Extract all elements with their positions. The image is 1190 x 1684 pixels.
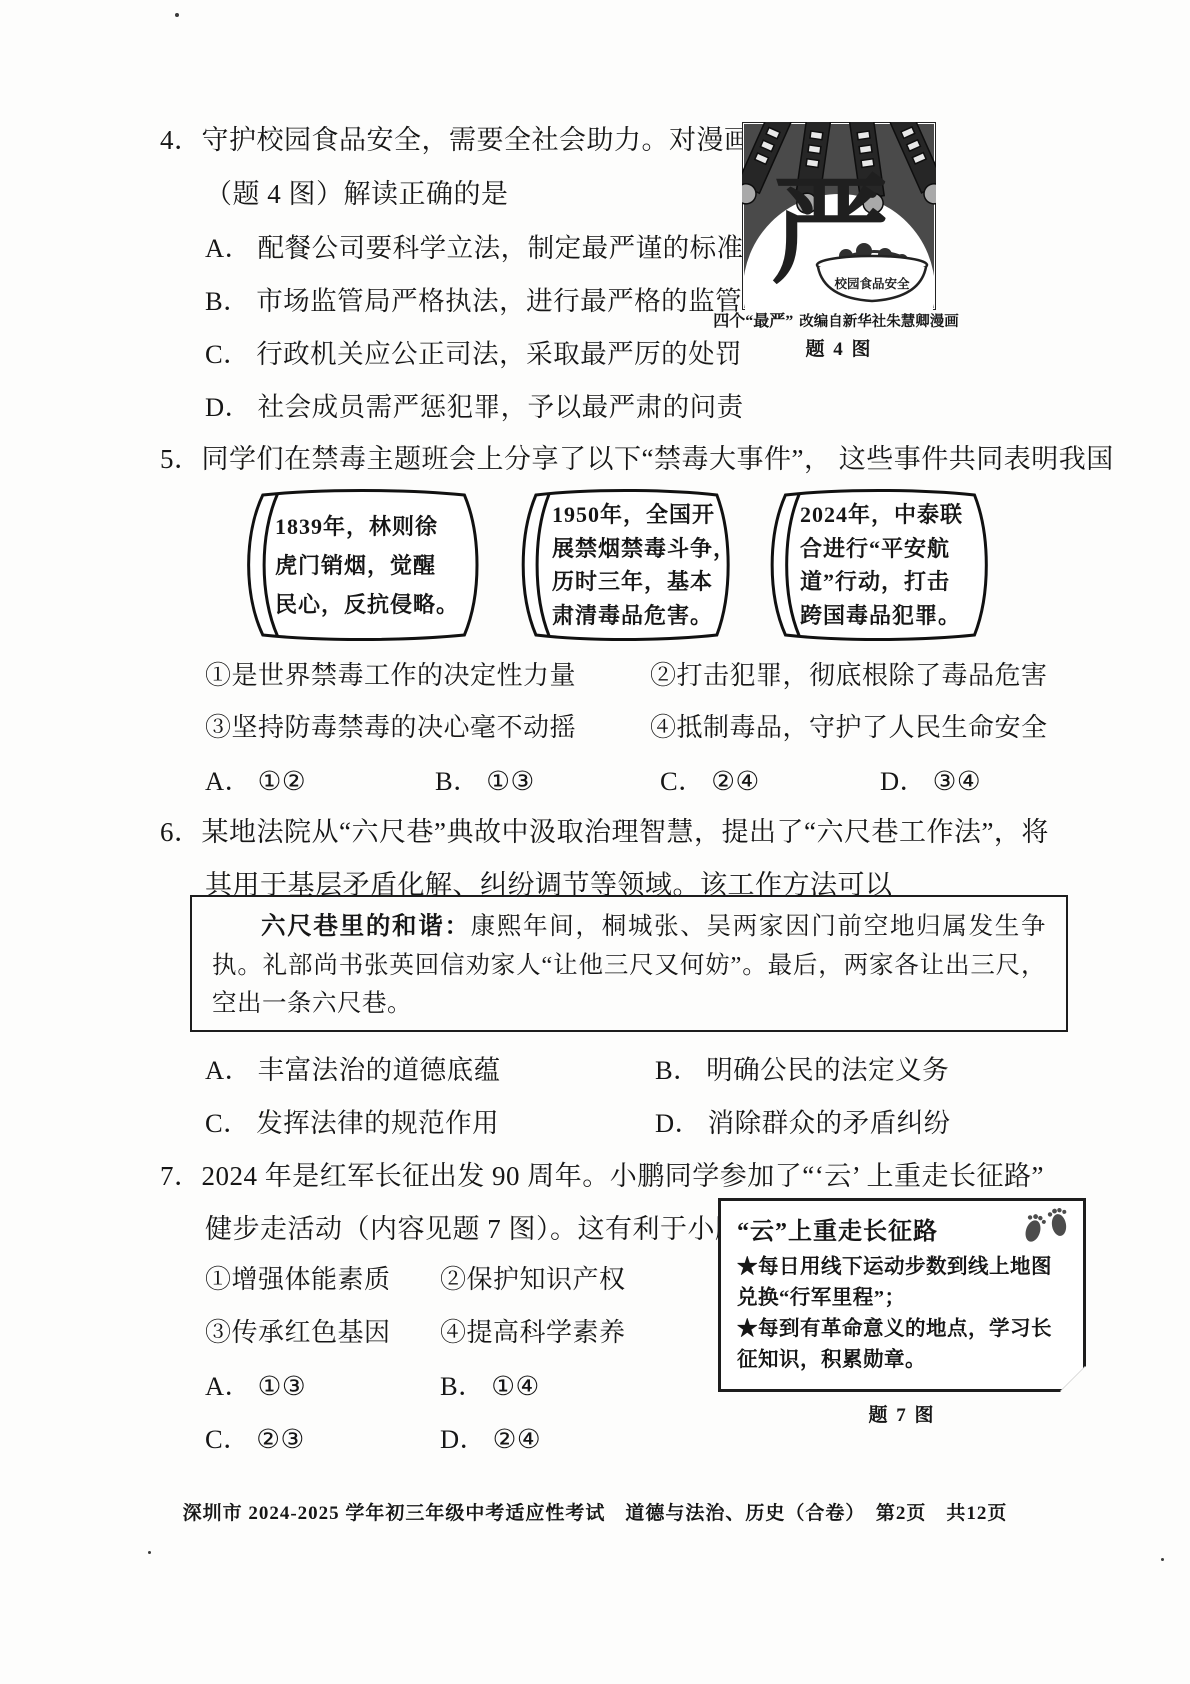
q7-note-bullet-1: ★每日用线下运动步数到线上地图兑换“行军里程”；	[737, 1252, 1069, 1314]
q4-caption-rest: 改编自新华社朱慧卿漫画	[799, 314, 959, 330]
q6-stem-text1: 某地法院从“六尺巷”典故中汲取治理智慧，提出了“六尺巷工作法”，将	[202, 817, 1049, 847]
q6-option-d-text: 消除群众的矛盾纠纷	[708, 1108, 951, 1138]
exam-page: 4．守护校园食品安全，需要全社会助力。对漫画 （题 4 图）解读正确的是 A．配…	[0, 0, 1190, 1684]
banner-line: 历时三年，基本	[552, 565, 723, 599]
dogear-fold	[1060, 1366, 1086, 1392]
q4-figure-caption: 四个“最严”改编自新华社朱慧卿漫画	[686, 308, 986, 331]
footprints-icon	[1019, 1207, 1075, 1247]
q6-story-box: 六尺巷里的和谐：康熙年间，桐城张、吴两家因门前空地归属发生争执。礼部尚书张英回信…	[190, 895, 1068, 1032]
q5-stem: 5．同学们在禁毒主题班会上分享了以下“禁毒大事件”， 这些事件共同表明我国	[160, 437, 1114, 476]
bowl-label: 校园食品安全	[833, 276, 910, 291]
q6-option-b: B．明确公民的法定义务	[655, 1048, 949, 1087]
q5-option-a-label: A．	[205, 766, 252, 796]
q4-option-d-text: 社会成员需严惩犯罪，予以最严肃的问责	[258, 392, 744, 422]
q7-option-d: D．②④	[440, 1417, 541, 1456]
q7-figure-label: 题 7 图	[718, 1400, 1086, 1427]
q5-number: 5．	[160, 444, 202, 474]
scan-speck	[175, 13, 179, 17]
scan-speck	[148, 1551, 151, 1554]
q5-option-c-text: ②④	[711, 766, 760, 796]
q7-option-c: C．②③	[205, 1417, 305, 1456]
q4-stem-line2: （题 4 图）解读正确的是	[205, 172, 509, 211]
q7-statement-3: ③传承红色基因	[205, 1312, 391, 1349]
q6-option-d-label: D．	[655, 1108, 702, 1138]
q4-option-c: C．行政机关应公正司法，采取最严厉的处罚	[205, 332, 742, 371]
q7-option-c-label: C．	[205, 1424, 250, 1454]
q5-option-d-label: D．	[880, 766, 927, 796]
q5-stem-text: 同学们在禁毒主题班会上分享了以下“禁毒大事件”， 这些事件共同表明我国	[202, 444, 1114, 474]
q7-stem-line1: 7．2024 年是红军长征出发 90 周年。小鹏同学参加了“‘云’ 上重走长征路…	[160, 1154, 1044, 1193]
q6-option-a-text: 丰富法治的道德底蕴	[258, 1055, 501, 1085]
q7-option-d-label: D．	[440, 1424, 487, 1454]
q6-option-c: C．发挥法律的规范作用	[205, 1101, 499, 1140]
q4-option-b-label: B．	[205, 286, 250, 316]
banner-line: 肃清毒品危害。	[552, 599, 723, 633]
q5-banner-1950-text: 1950年，全国开 展禁烟禁毒斗争， 历时三年，基本 肃清毒品危害。	[552, 487, 723, 643]
q4-option-a: A．配餐公司要科学立法，制定最严谨的标准	[205, 226, 744, 265]
q5-option-a-text: ①②	[258, 766, 307, 796]
banner-line: 虎门销烟，觉醒	[275, 546, 474, 585]
q7-option-b: B．①④	[440, 1364, 540, 1403]
q5-banner-1839-text: 1839年，林则徐 虎门销烟，觉醒 民心，反抗侵略。	[275, 487, 474, 643]
q4-option-a-text: 配餐公司要科学立法，制定最严谨的标准	[258, 233, 744, 263]
banner-line: 合进行“平安航	[800, 532, 982, 566]
q4-option-d-label: D．	[205, 392, 252, 422]
q5-option-d-text: ③④	[933, 766, 982, 796]
q7-option-d-text: ②④	[493, 1424, 542, 1454]
q5-option-c: C．②④	[660, 759, 760, 798]
q5-option-b: B．①③	[435, 759, 535, 798]
q7-statement-1: ①增强体能素质	[205, 1259, 391, 1296]
q6-number: 6．	[160, 817, 202, 847]
banner-line: 道”行动，打击	[800, 565, 982, 599]
q7-number: 7．	[160, 1161, 202, 1191]
q4-option-d: D．社会成员需严惩犯罪，予以最严肃的问责	[205, 385, 744, 424]
q6-option-d: D．消除群众的矛盾纠纷	[655, 1101, 951, 1140]
q7-option-a-label: A．	[205, 1371, 252, 1401]
banner-line: 民心，反抗侵略。	[275, 585, 474, 624]
q5-statement-1: ①是世界禁毒工作的决定性力量	[205, 655, 576, 692]
q7-option-a: A．①③	[205, 1364, 306, 1403]
q5-statement-2: ②打击犯罪，彻底根除了毒品危害	[650, 655, 1048, 692]
q5-option-b-text: ①③	[486, 766, 535, 796]
scan-speck	[1161, 1558, 1164, 1561]
q4-stem-line1: 4．守护校园食品安全，需要全社会助力。对漫画	[160, 118, 752, 157]
q7-note-box: “云”上重走长征路 ★每日用线下运动步数到线上地图兑换“行军里程”； ★每到有革…	[718, 1198, 1086, 1392]
banner-line: 展禁烟禁毒斗争，	[552, 532, 723, 566]
q5-option-a: A．①②	[205, 759, 306, 798]
banner-line: 2024年，中泰联	[800, 498, 982, 532]
food-safety-cartoon-icon: 严 校园食品安全	[742, 122, 936, 310]
q7-option-b-label: B．	[440, 1371, 485, 1401]
q4-number: 4．	[160, 125, 202, 155]
q5-banner-1839: 1839年，林则徐 虎门销烟，觉醒 民心，反抗侵略。	[225, 487, 498, 643]
q6-option-c-text: 发挥法律的规范作用	[256, 1108, 499, 1138]
q6-option-c-label: C．	[205, 1108, 250, 1138]
q5-option-d: D．③④	[880, 759, 981, 798]
q5-banner-2024: 2024年，中泰联 合进行“平安航 道”行动，打击 跨国毒品犯罪。	[750, 487, 1006, 643]
q7-stem-text1: 2024 年是红军长征出发 90 周年。小鹏同学参加了“‘云’ 上重走长征路”	[202, 1161, 1044, 1191]
q7-option-a-text: ①③	[258, 1371, 307, 1401]
banner-line: 1839年，林则徐	[275, 507, 474, 546]
q4-cartoon-figure: 严 校园食品安全	[742, 122, 936, 310]
q7-note-bullets: ★每日用线下运动步数到线上地图兑换“行军里程”； ★每到有革命意义的地点，学习长…	[737, 1252, 1069, 1376]
q7-note-bullet-2: ★每到有革命意义的地点，学习长征知识，积累勋章。	[737, 1314, 1069, 1376]
q6-story-text: 六尺巷里的和谐：康熙年间，桐城张、吴两家因门前空地归属发生争执。礼部尚书张英回信…	[212, 908, 1046, 1024]
q4-figure-label: 题 4 图	[742, 334, 936, 361]
q6-option-a-label: A．	[205, 1055, 252, 1085]
q6-option-b-text: 明确公民的法定义务	[706, 1055, 949, 1085]
q5-option-b-label: B．	[435, 766, 480, 796]
q6-option-a: A．丰富法治的道德底蕴	[205, 1048, 501, 1087]
page-footer: 深圳市 2024-2025 学年初三年级中考适应性考试 道德与法治、历史（合卷）…	[0, 1498, 1190, 1525]
q4-option-a-label: A．	[205, 233, 252, 263]
q5-banner-2024-text: 2024年，中泰联 合进行“平安航 道”行动，打击 跨国毒品犯罪。	[800, 487, 982, 643]
q4-stem-text1: 守护校园食品安全，需要全社会助力。对漫画	[202, 125, 752, 155]
q6-stem-line1: 6．某地法院从“六尺巷”典故中汲取治理智慧，提出了“六尺巷工作法”，将	[160, 810, 1049, 849]
q7-option-c-text: ②③	[256, 1424, 305, 1454]
q4-option-b-text: 市场监管局严格执法，进行最严格的监管	[256, 286, 742, 316]
q6-option-b-label: B．	[655, 1055, 700, 1085]
q7-option-b-text: ①④	[491, 1371, 540, 1401]
q4-caption-bold: 四个“最严”	[713, 313, 793, 330]
q5-statement-3: ③坚持防毒禁毒的决心毫不动摇	[205, 707, 576, 744]
banner-line: 跨国毒品犯罪。	[800, 599, 982, 633]
q6-story-lead: 六尺巷里的和谐：	[261, 913, 471, 940]
q7-statement-4: ④提高科学素养	[440, 1312, 626, 1349]
banner-line: 1950年，全国开	[552, 498, 723, 532]
q5-option-c-label: C．	[660, 766, 705, 796]
q5-banner-1950: 1950年，全国开 展禁烟禁毒斗争， 历时三年，基本 肃清毒品危害。	[502, 487, 747, 643]
q7-statement-2: ②保护知识产权	[440, 1259, 626, 1296]
q4-option-b: B．市场监管局严格执法，进行最严格的监管	[205, 279, 742, 318]
q4-option-c-text: 行政机关应公正司法，采取最严厉的处罚	[256, 339, 742, 369]
q5-statement-4: ④抵制毒品，守护了人民生命安全	[650, 707, 1048, 744]
q4-option-c-label: C．	[205, 339, 250, 369]
q7-stem-line2: 健步走活动（内容见题 7 图）。这有利于小鹏	[205, 1207, 743, 1246]
